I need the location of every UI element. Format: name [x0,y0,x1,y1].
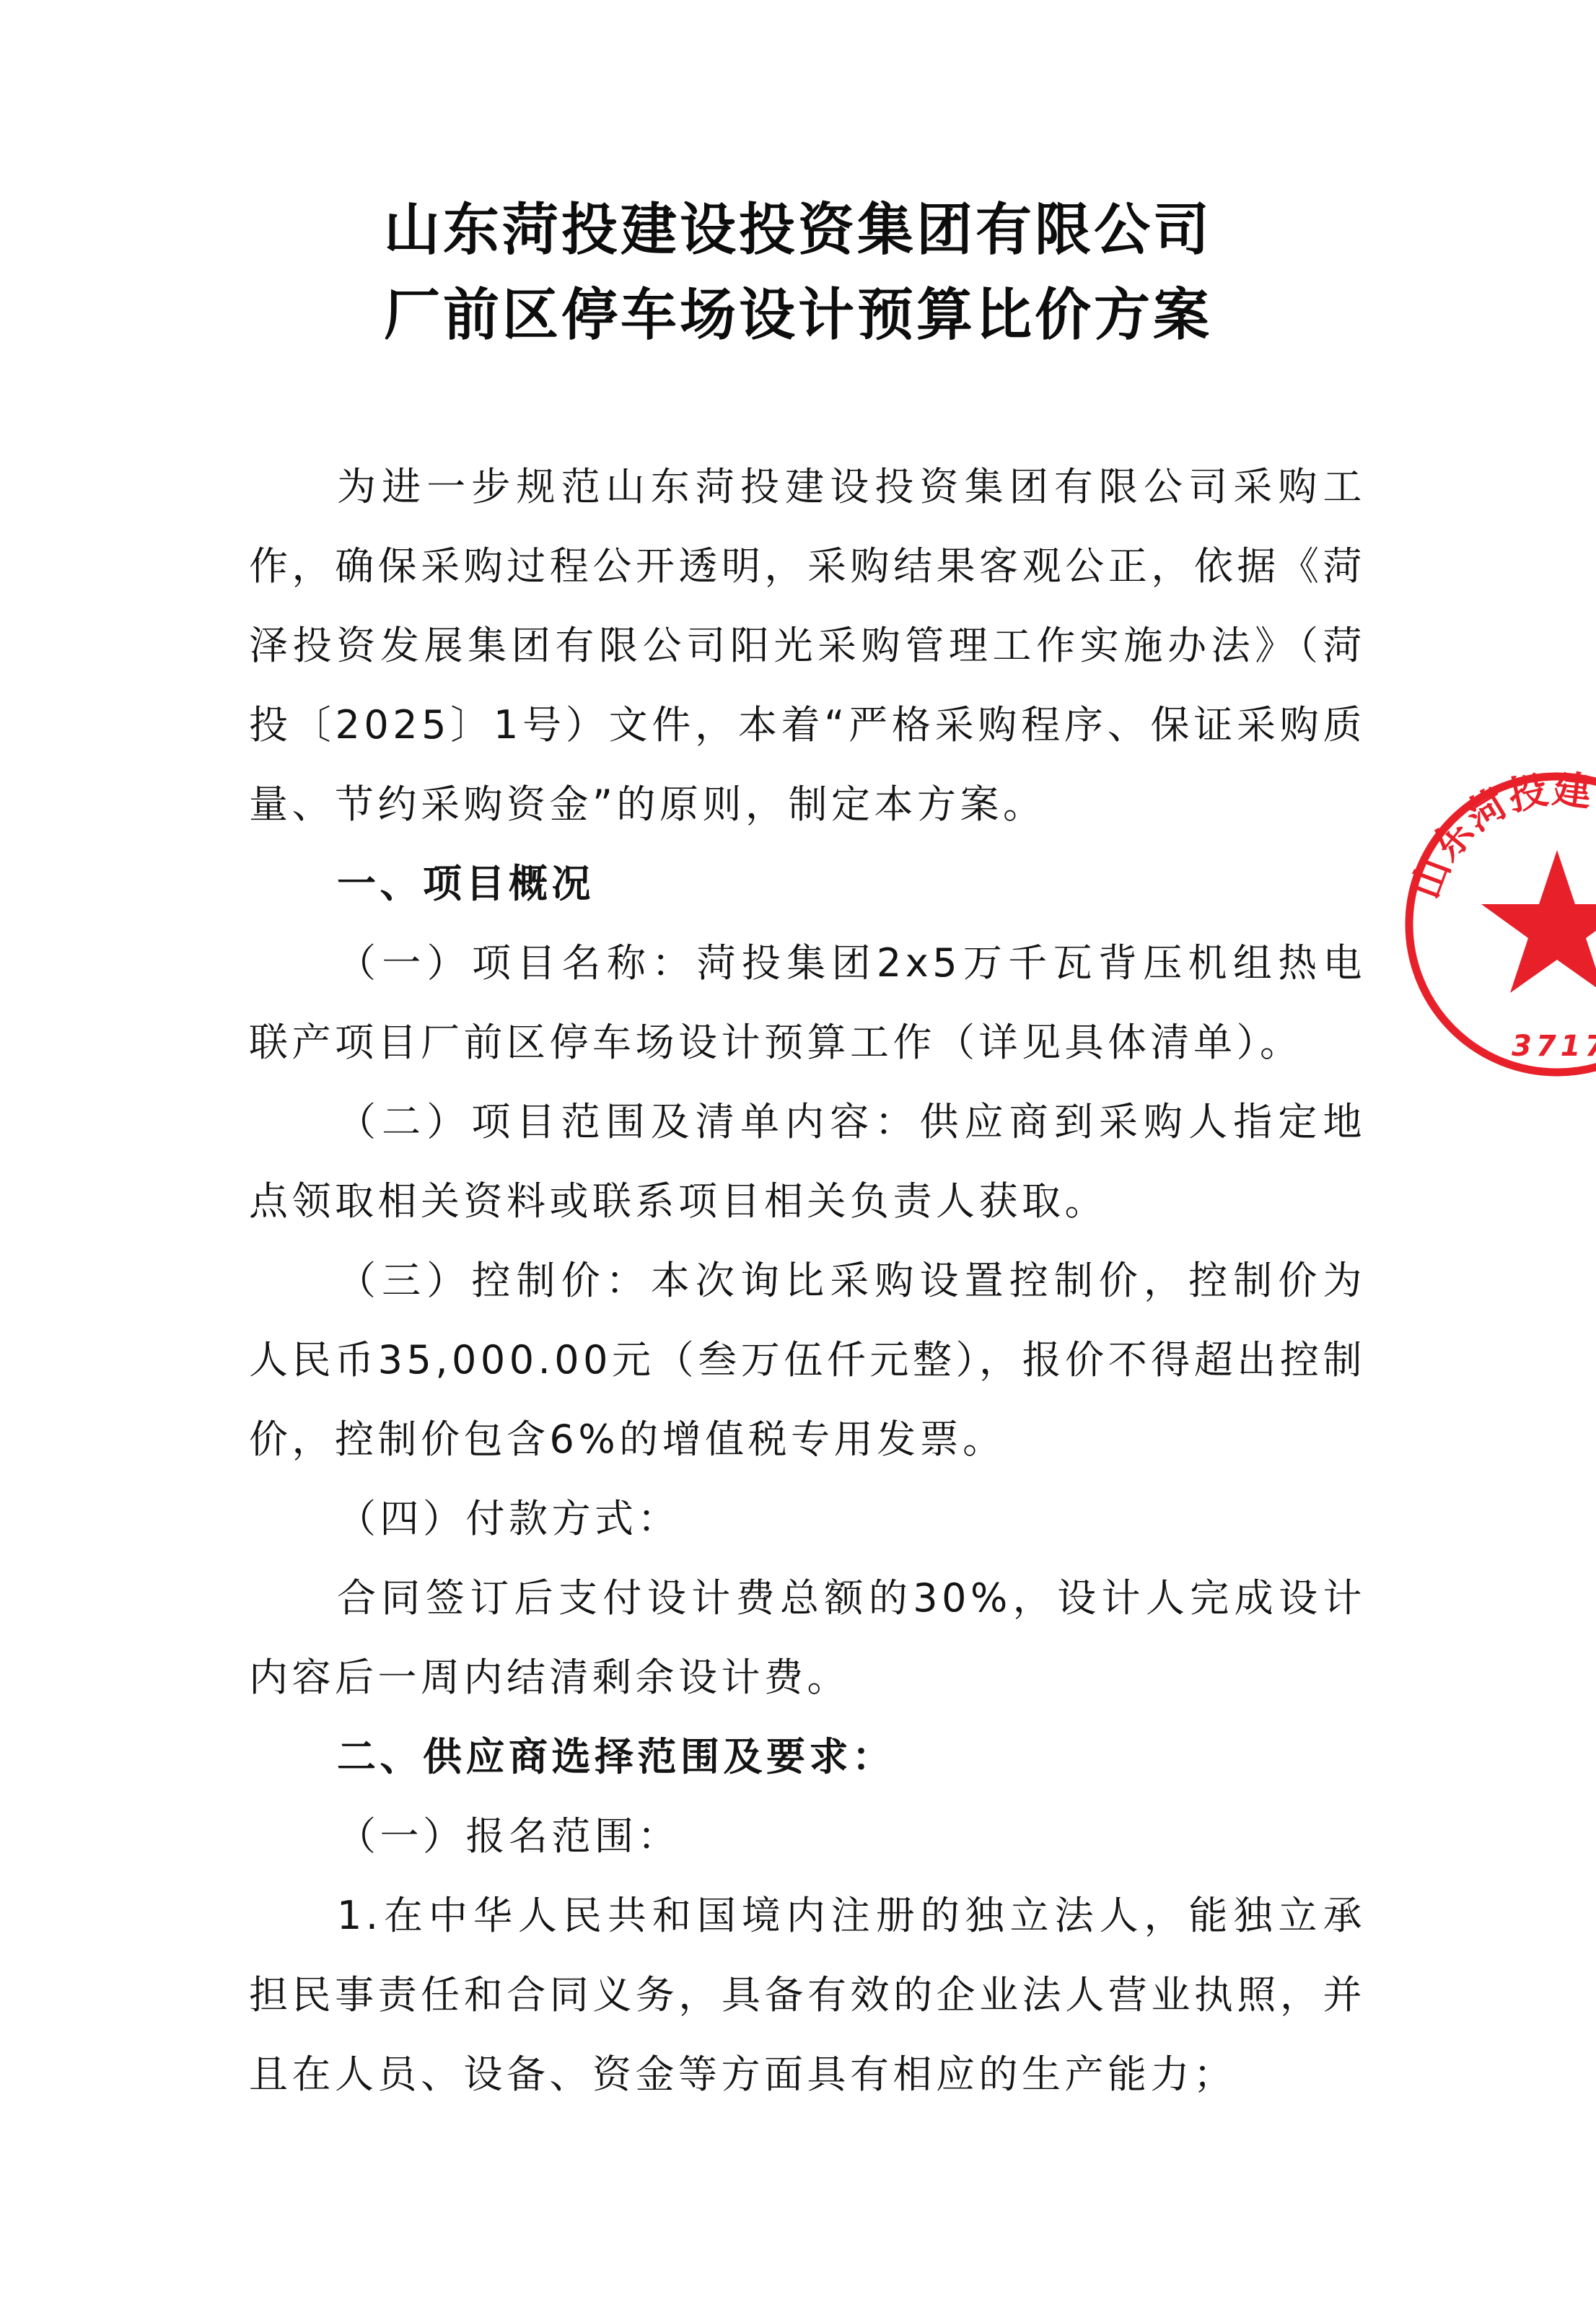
document-title-line-2: 厂前区停车场设计预算比价方案 [0,287,1596,343]
intro-paragraph: 为进一步规范山东菏投建设投资集团有限公司采购工作，确保采购过程公开透明，采购结果… [249,447,1366,844]
requirement-1-paragraph: 1.在中华人民共和国境内注册的独立法人，能独立承担民事责任和合同义务，具备有效的… [249,1876,1366,2114]
document-page: 山东菏投建设投资集团有限公司 厂前区停车场设计预算比价方案 为进一步规范山东菏投… [0,0,1596,2312]
document-title-line-1: 山东菏投建设投资集团有限公司 [0,202,1596,258]
section-heading-project-overview: 一、项目概况 [249,844,1366,924]
control-price-label: （三）控制价： [337,1258,651,1303]
document-body: 为进一步规范山东菏投建设投资集团有限公司采购工作，确保采购过程公开透明，采购结果… [249,447,1366,2114]
svg-text:山东菏投建设投资集团: 山东菏投建设投资集团 [1403,771,1596,978]
project-name-paragraph: （一）项目名称：菏投集团2x5万千瓦背压机组热电联产项目厂前区停车场设计预算工作… [249,924,1366,1082]
stamp-arc-text: 山东菏投建设投资集团 [1403,771,1596,978]
registration-scope-label: （一）报名范围： [249,1797,1366,1876]
stamp-number: 3717 [1512,1030,1596,1063]
project-scope-label: （二）项目范围及清单内容： [337,1099,919,1144]
control-price-paragraph: （三）控制价：本次询比采购设置控制价，控制价为人民币35,000.00元（叁万伍… [249,1241,1366,1479]
company-seal-stamp-icon: 山东菏投建设投资集团 3717 [1403,771,1596,1078]
project-name-label: （一）项目名称： [337,940,697,986]
section-heading-supplier-requirements: 二、供应商选择范围及要求： [249,1717,1366,1797]
payment-method-label: （四）付款方式： [249,1479,1366,1559]
project-scope-paragraph: （二）项目范围及清单内容：供应商到采购人指定地点领取相关资料或联系项目相关负责人… [249,1082,1366,1241]
payment-method-paragraph: 合同签订后支付设计费总额的30%，设计人完成设计内容后一周内结清剩余设计费。 [249,1559,1366,1717]
